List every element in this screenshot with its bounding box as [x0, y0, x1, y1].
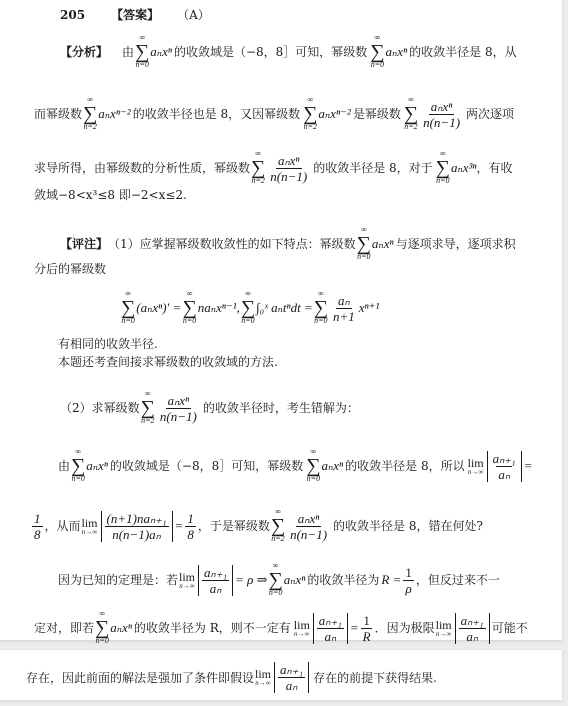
- abs-value: aₙ₊₁aₙ: [274, 662, 309, 693]
- math-term: aₙxⁿ: [386, 45, 408, 59]
- comment-line-7: 18 ，从而 limn→∞ (n+1)naₙ₊₁n(n−1)aₙ = 18 ，于…: [30, 508, 485, 544]
- answer-label: 【答案】: [111, 8, 159, 22]
- text: 敛域−8<x³≤8 即−2<x≤2.: [34, 188, 187, 202]
- problem-number: 205: [60, 8, 85, 22]
- text: 的收敛域是（−8，8］可知，幂级数: [174, 45, 367, 59]
- abs-value: aₙ₊₁aₙ: [313, 613, 348, 644]
- sum-symbol: ∞∑n=0: [357, 226, 371, 262]
- text: 与逐项求导，逐项求积: [396, 237, 516, 251]
- sum-symbol: ∞∑n=0: [269, 562, 283, 598]
- sum-symbol: ∞∑n=2: [251, 150, 265, 186]
- text: 的收敛半径是 8，对于: [313, 161, 432, 175]
- fraction: 1ρ: [403, 565, 414, 596]
- text: 的收敛半径是 8，所以: [345, 459, 464, 473]
- text: 因为已知的定理是：若: [58, 573, 178, 587]
- text: 存在，因此前面的解法是强加了条件即假设: [26, 671, 254, 685]
- text: 可能不: [492, 621, 528, 635]
- abs-value: aₙ₊₁aₙ: [487, 451, 522, 482]
- analysis-line-1: 【分析】 由 ∞∑n=0 aₙxⁿ 的收敛域是（−8，8］可知，幂级数 ∞∑n=…: [60, 34, 519, 70]
- text: ，但反过来不一: [416, 573, 500, 587]
- comment-line-10: 存在，因此前面的解法是强加了条件即假设 limn→∞ aₙ₊₁aₙ 存在的前提下…: [26, 662, 439, 693]
- text: 的收敛半径是 8，错在何处?: [333, 519, 483, 533]
- sum-symbol: ∞∑n=0: [135, 34, 149, 70]
- math-term: (aₙxⁿ)′ =: [136, 301, 181, 315]
- sum-symbol: ∞∑n=0: [71, 448, 85, 484]
- sum-symbol: ∞∑n=0: [182, 290, 196, 326]
- math-term: aₙxⁿ: [322, 459, 344, 473]
- comment-label: 【评注】: [60, 237, 108, 251]
- text: ，有收: [476, 161, 512, 175]
- math-term: aₙxⁿ: [284, 573, 306, 587]
- text: ，于是幂级数: [198, 519, 270, 533]
- math-term: aₙxⁿ: [110, 621, 132, 635]
- text: 本题还考查间接求幂级数的收敛域的方法.: [58, 355, 278, 369]
- fraction: 18: [185, 511, 196, 542]
- analysis-line-4: 敛域−8<x³≤8 即−2<x≤2.: [34, 188, 187, 202]
- sum-symbol: ∞∑n=2: [303, 96, 317, 132]
- display-equation: ∞∑n=0 (aₙxⁿ)′ = ∞∑n=0 naₙxⁿ⁻¹, ∞∑n=0 ∫₀ˣ…: [120, 290, 379, 326]
- limit: limn→∞: [179, 571, 195, 590]
- text: 而幂级数: [34, 107, 82, 121]
- fraction: aₙxⁿn(n−1): [158, 393, 199, 424]
- math-term: aₙxⁿ⁻²: [98, 107, 130, 121]
- sum-symbol: ∞∑n=0: [306, 448, 320, 484]
- text: 的收敛半径为 R，则不一定有: [134, 621, 291, 635]
- math-term: ∫₀ˣ aₙtⁿdt =: [256, 301, 313, 315]
- fraction: aₙxⁿn(n−1): [421, 99, 462, 130]
- sum-symbol: ∞∑n=0: [370, 34, 384, 70]
- text: 两次逐项: [466, 107, 514, 121]
- sum-symbol: ∞∑n=2: [271, 508, 285, 544]
- comment-line-1: 【评注】 （1）应掌握幂级数收敛性的如下特点：幂级数 ∞∑n=0 aₙxⁿ 与逐…: [60, 226, 518, 262]
- text: 有相同的收敛半径.: [58, 337, 158, 351]
- text: ，从而: [45, 519, 81, 533]
- math-term: naₙxⁿ⁻¹,: [198, 301, 240, 315]
- fraction: 1R: [361, 613, 373, 644]
- analysis-line-2: 而幂级数 ∞∑n=2 aₙxⁿ⁻² 的收敛半径也是 8，又因幂级数 ∞∑n=2 …: [34, 96, 516, 132]
- analysis-line-3: 求导所得，由幂级数的分析性质，幂级数 ∞∑n=2 aₙxⁿn(n−1) 的收敛半…: [34, 150, 512, 186]
- sum-symbol: ∞∑n=2: [141, 390, 155, 426]
- limit: limn→∞: [82, 517, 98, 536]
- sum-symbol: ∞∑n=0: [121, 290, 135, 326]
- comment-line-6: 由 ∞∑n=0 aₙxⁿ 的收敛域是（−8，8］可知，幂级数 ∞∑n=0 aₙx…: [58, 448, 532, 484]
- text: （2）求幂级数: [60, 401, 140, 415]
- fraction: aₙn+1: [331, 293, 357, 324]
- sum-symbol: ∞∑n=2: [83, 96, 97, 132]
- text: 分后的幂级数: [34, 262, 106, 276]
- continuation-card: 存在，因此前面的解法是强加了条件即假设 limn→∞ aₙ₊₁aₙ 存在的前提下…: [0, 650, 562, 700]
- comment-line-3: 有相同的收敛半径.: [58, 337, 158, 351]
- math-term: aₙx³ⁿ: [451, 161, 477, 175]
- text: 求导所得，由幂级数的分析性质，幂级数: [34, 161, 250, 175]
- text: 存在的前提下获得结果.: [313, 671, 437, 685]
- comment-line-5: （2）求幂级数 ∞∑n=2 aₙxⁿn(n−1) 的收敛半径时，考生错解为：: [60, 390, 361, 426]
- sum-symbol: ∞∑n=0: [436, 150, 450, 186]
- answer-value: （A）: [177, 8, 210, 22]
- text: 定对，即若: [34, 621, 94, 635]
- math-term: aₙxⁿ: [150, 45, 172, 59]
- answer-header: 205 【答案】 （A）: [60, 8, 210, 22]
- comment-line-2: 分后的幂级数: [34, 262, 106, 276]
- abs-value: (n+1)naₙ₊₁n(n−1)aₙ: [101, 511, 173, 542]
- sum-symbol: ∞∑n=0: [241, 290, 255, 326]
- solution-card: 205 【答案】 （A） 【分析】 由 ∞∑n=0 aₙxⁿ 的收敛域是（−8，…: [0, 0, 562, 640]
- math-term: xⁿ⁺¹: [359, 301, 380, 315]
- limit: limn→∞: [468, 457, 484, 476]
- abs-value: aₙ₊₁aₙ: [198, 565, 233, 596]
- analysis-label: 【分析】: [60, 45, 108, 59]
- abs-value: aₙ₊₁aₙ: [455, 613, 490, 644]
- text: 的收敛半径也是 8，又因幂级数: [133, 107, 300, 121]
- comment-line-4: 本题还考查间接求幂级数的收敛域的方法.: [58, 355, 278, 369]
- text: 由: [122, 45, 134, 59]
- fraction: aₙxⁿn(n−1): [288, 511, 329, 542]
- comment-line-8: 因为已知的定理是：若 limn→∞ aₙ₊₁aₙ = ρ ⇒ ∞∑n=0 aₙx…: [58, 562, 500, 598]
- text: 由: [58, 459, 70, 473]
- sum-symbol: ∞∑n=2: [404, 96, 418, 132]
- comment-line-9: 定对，即若 ∞∑n=0 aₙxⁿ 的收敛半径为 R，则不一定有 limn→∞ a…: [34, 610, 528, 646]
- math-term: aₙxⁿ: [372, 237, 394, 251]
- fraction: aₙxⁿn(n−1): [268, 153, 309, 184]
- text: 的收敛半径为: [307, 573, 379, 587]
- text: 的收敛域是（−8，8］可知，幂级数: [110, 459, 303, 473]
- text: 的收敛半径是 8，从: [409, 45, 516, 59]
- math-term: aₙxⁿ⁻²: [318, 107, 350, 121]
- limit: limn→∞: [255, 668, 271, 687]
- text: 的收敛半径时，考生错解为：: [203, 401, 359, 415]
- limit: limn→∞: [294, 619, 310, 638]
- fraction: 18: [32, 511, 43, 542]
- limit: limn→∞: [436, 619, 452, 638]
- text: 是幂级数: [353, 107, 401, 121]
- sum-symbol: ∞∑n=0: [95, 610, 109, 646]
- sum-symbol: ∞∑n=0: [314, 290, 328, 326]
- text: （1）应掌握幂级数收敛性的如下特点：幂级数: [108, 237, 356, 251]
- math-term: aₙxⁿ: [86, 459, 108, 473]
- text: ．因为极限: [375, 621, 435, 635]
